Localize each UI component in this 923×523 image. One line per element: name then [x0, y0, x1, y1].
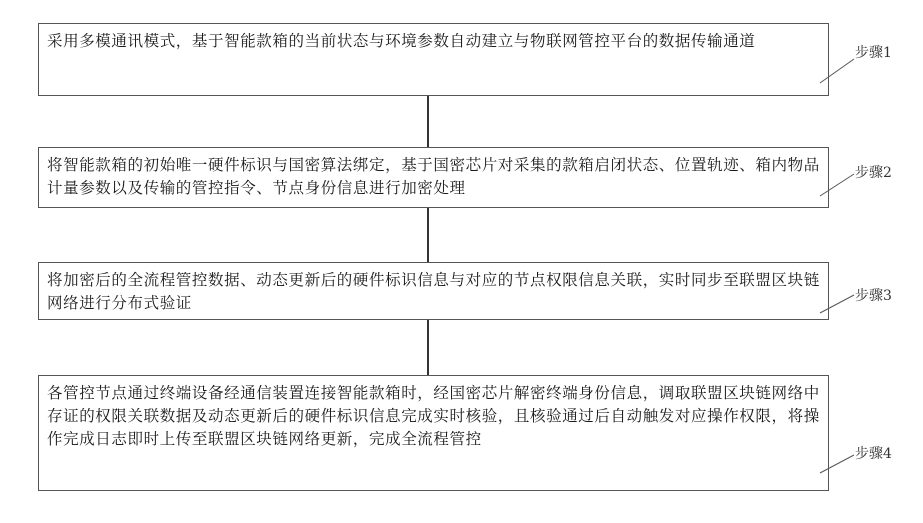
step-3-box: 将加密后的全流程管控数据、动态更新后的硬件标识信息与对应的节点权限信息关联，实时…: [38, 262, 829, 320]
step-2-box: 将智能款箱的初始唯一硬件标识与国密算法绑定，基于国密芯片对采集的款箱启闭状态、位…: [38, 147, 829, 208]
step-1-text: 采用多模通讯模式，基于智能款箱的当前状态与环境参数自动建立与物联网管控平台的数据…: [47, 30, 820, 53]
step-4-text: 各管控节点通过终端设备经通信装置连接智能款箱时，经国密芯片解密终端身份信息，调取…: [47, 382, 820, 451]
connector-1-2: [427, 96, 429, 147]
step-2-text: 将智能款箱的初始唯一硬件标识与国密算法绑定，基于国密芯片对采集的款箱启闭状态、位…: [47, 154, 820, 200]
step-1-box: 采用多模通讯模式，基于智能款箱的当前状态与环境参数自动建立与物联网管控平台的数据…: [38, 23, 829, 96]
leader-line-3: [818, 285, 858, 315]
step-3-text: 将加密后的全流程管控数据、动态更新后的硬件标识信息与对应的节点权限信息关联，实时…: [47, 269, 820, 315]
step-4-box: 各管控节点通过终端设备经通信装置连接智能款箱时，经国密芯片解密终端身份信息，调取…: [38, 375, 829, 491]
step-2-label: 步骤2: [855, 162, 892, 182]
step-3-label: 步骤3: [855, 285, 892, 305]
connector-3-4: [427, 320, 429, 375]
leader-line-4: [818, 445, 858, 475]
leader-line-2: [818, 168, 858, 198]
connector-2-3: [427, 208, 429, 262]
leader-line-1: [818, 55, 858, 85]
step-1-label: 步骤1: [855, 42, 892, 62]
step-4-label: 步骤4: [855, 443, 892, 463]
